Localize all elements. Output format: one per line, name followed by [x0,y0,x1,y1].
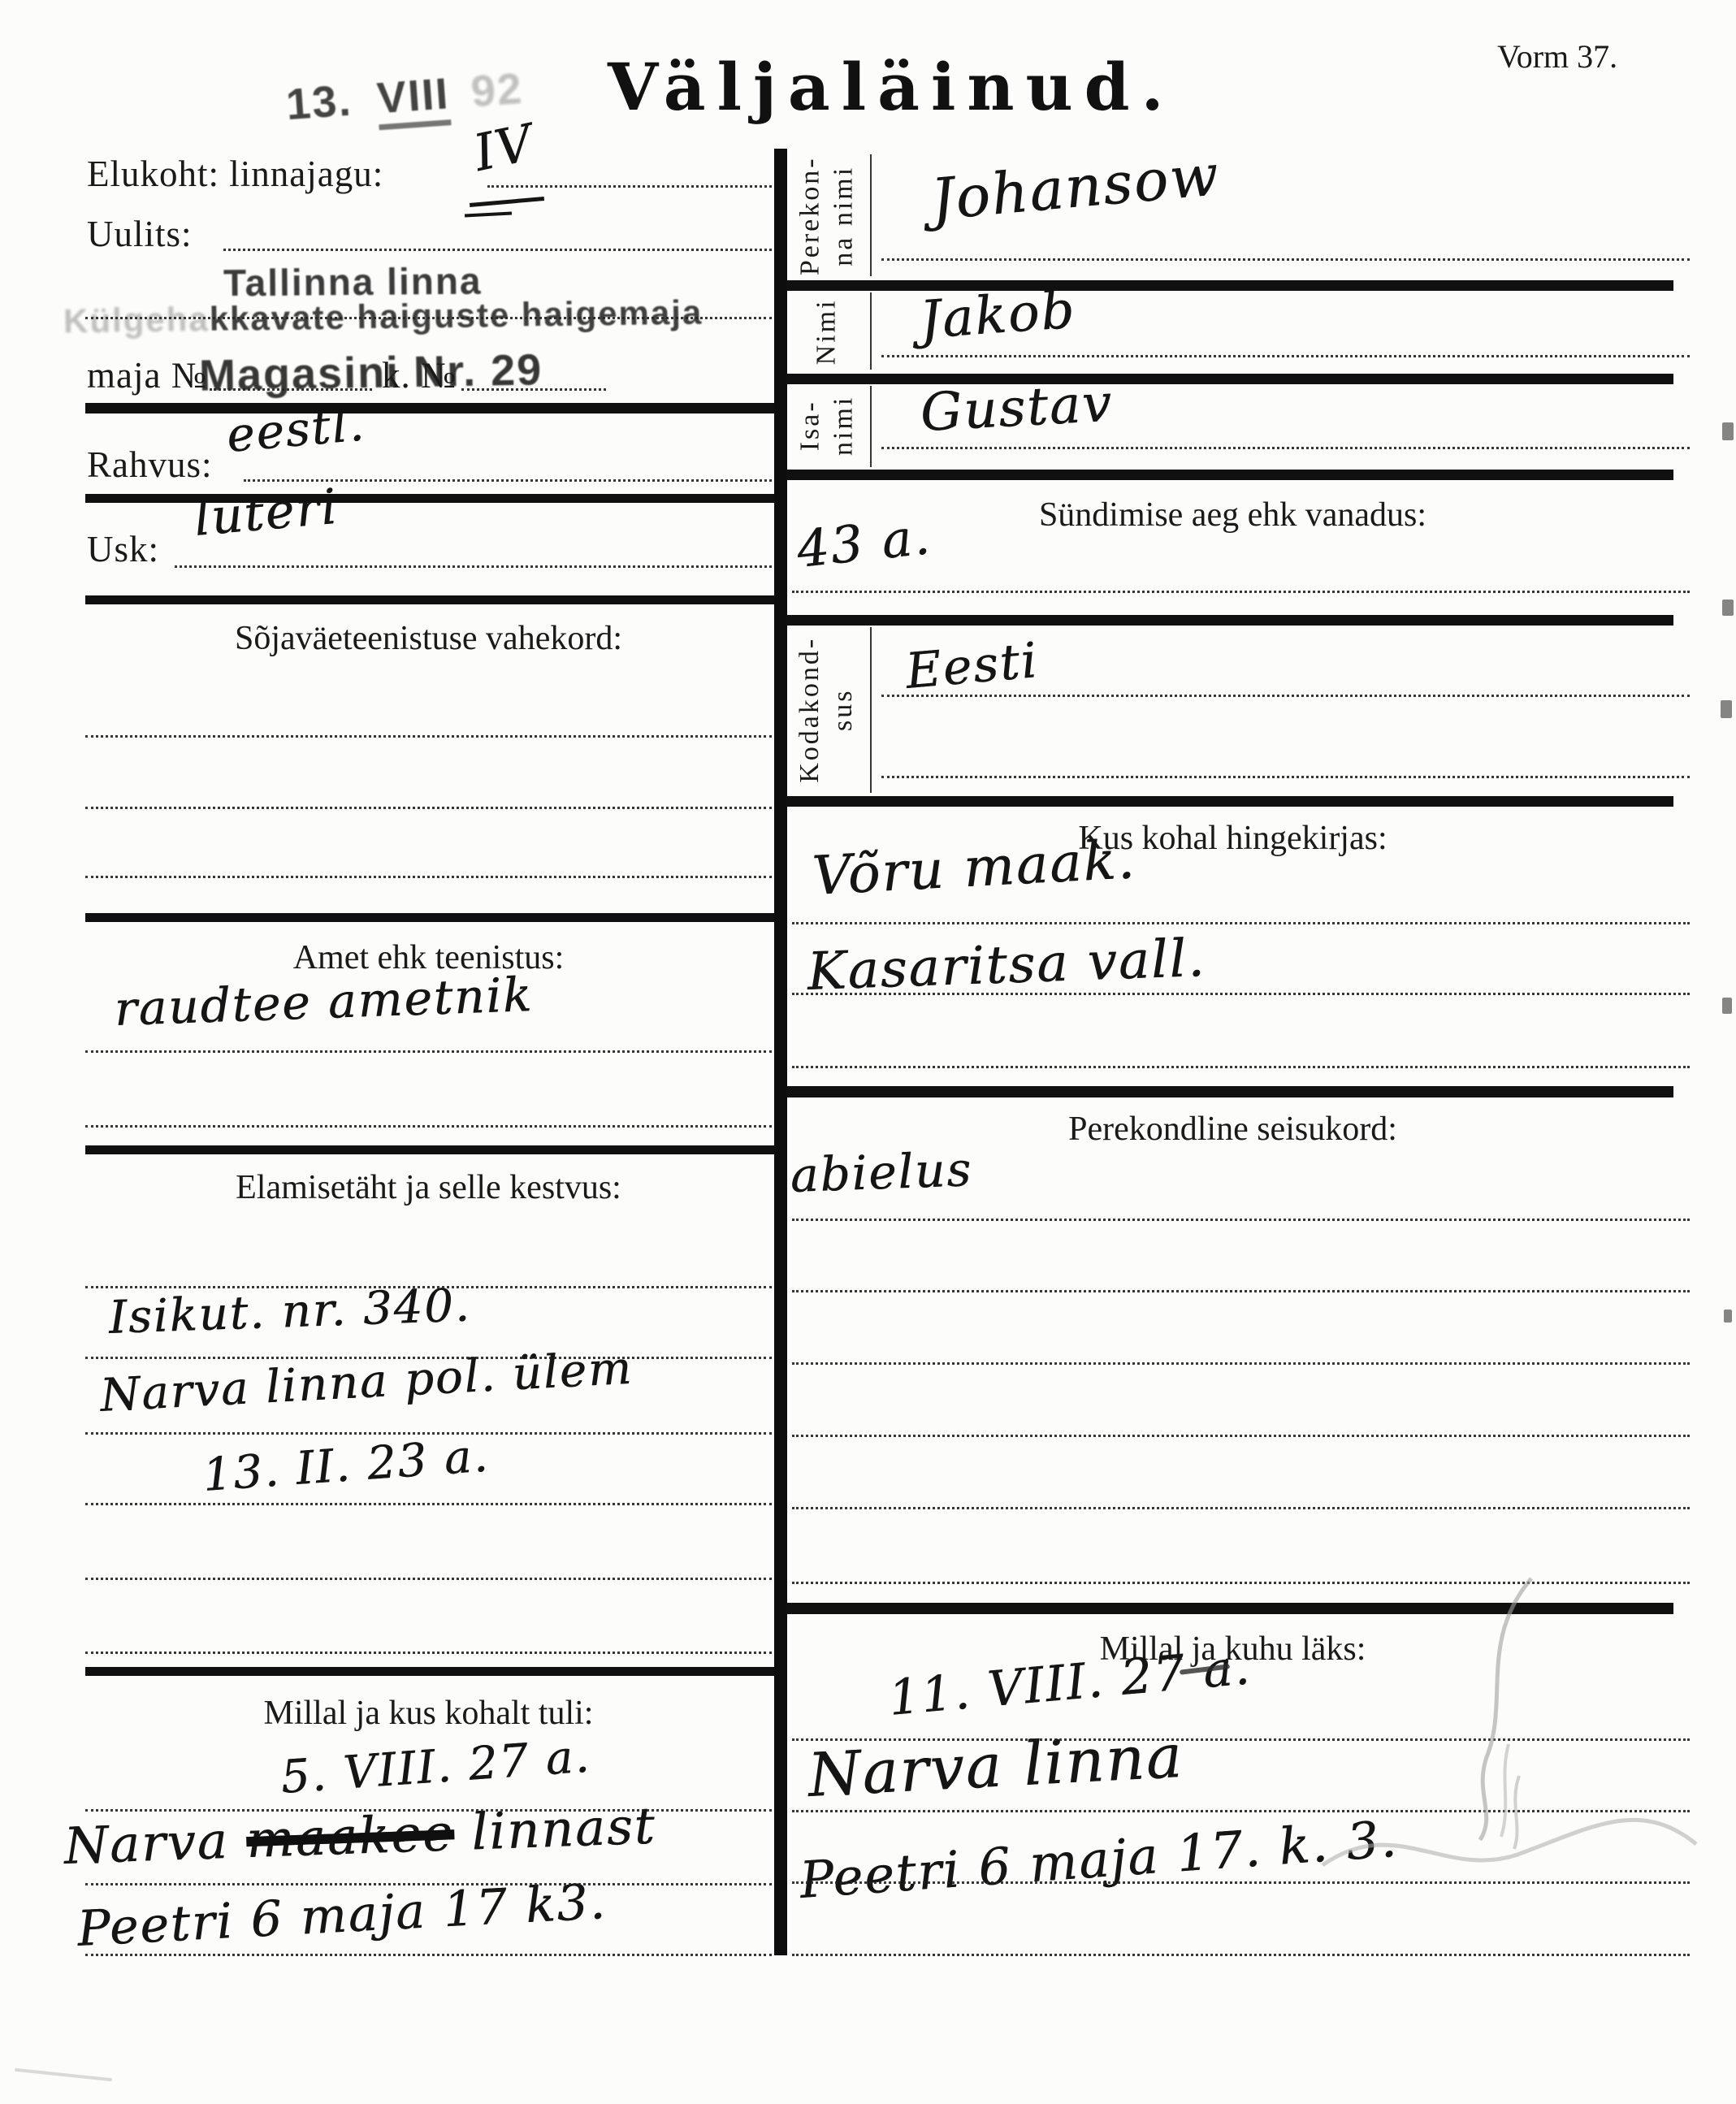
dotted-writing-line [792,1810,1690,1812]
scan-speck [1721,700,1732,718]
section-divider [85,494,780,503]
section-divider [85,595,780,604]
dotted-writing-line [85,1503,772,1505]
dotted-writing-line [792,993,1690,995]
tuli-origin-struck-word: maakee [245,1803,455,1869]
section-divider [85,1667,780,1676]
scan-speck [1722,998,1732,1014]
handwritten-tuli-date: 5. VIII. 27 a. [279,1730,591,1804]
elukoht-label: Elukoht: linnajagu: [87,153,383,195]
tuli-header: Millal ja kus kohalt tuli: [85,1694,772,1733]
dotted-writing-line [85,1954,772,1956]
handwritten-elamisetaht-2: Narva linna pol. ülem [99,1342,634,1422]
dotted-writing-line [85,1357,772,1359]
handwritten-tuli-origin: Narva maakee linnast [63,1796,656,1876]
isanimi-label-line2: nimi [827,396,860,456]
date-stamp-day: 13. [284,76,353,130]
dotted-writing-line [792,1219,1690,1221]
dotted-writing-line [792,1290,1690,1292]
scan-speck [1724,1310,1732,1323]
handwritten-linnajagu: IV [469,112,539,183]
handwritten-kodakondsus: Eesti [903,632,1041,700]
section-divider [85,913,780,922]
label-separator-rule [870,154,872,276]
maja-label: maja № [87,354,207,396]
dotted-writing-line [85,735,772,738]
rahvus-label: Rahvus: [87,444,213,486]
handwritten-laks-city: Narva linna [806,1721,1184,1811]
dotted-writing-line [792,1881,1690,1884]
dotted-writing-line [85,876,772,878]
dotted-writing-line [792,1435,1690,1437]
isanimi-label: Isa- nimi [794,396,860,456]
perekonnanimi-label-line1: Perekon- [794,156,827,275]
date-stamp-tail: 92 [470,64,525,116]
isanimi-label-box: Isa- nimi [786,383,868,468]
dotted-writing-line [85,317,772,319]
column-divider [774,149,787,1955]
perekonnanimi-label-line2: na nimi [827,156,860,275]
kodakondsus-label: Kodakond- sus [794,637,860,783]
dotted-writing-line [487,185,772,188]
scan-speck [1722,600,1734,616]
label-separator-rule [870,386,872,467]
form-number: Vorm 37. [1497,37,1617,76]
uulits-label: Uulits: [87,213,193,255]
handwritten-elamisetaht-1: Isikut. nr. 340. [108,1279,472,1344]
dotted-writing-line [881,695,1690,697]
scan-edge-mark [15,2068,112,2082]
linnajagu-underline-stroke [470,197,544,207]
hospital-stamp-line2-rest: kkavate haiguste haigemaja [209,293,703,338]
linnajagu-underline-stroke2 [465,211,512,217]
section-divider [786,1086,1673,1097]
hospital-stamp-line2-faded: Külgeha [63,300,210,340]
tuli-origin-pre: Narva [63,1811,229,1876]
section-divider [786,796,1673,807]
dotted-writing-line [85,1050,772,1053]
handwritten-usk: luteri [192,478,340,548]
section-divider [786,615,1673,626]
dotted-writing-line [792,1582,1690,1584]
handwritten-tuli-address: Peetri 6 maja 17 k3. [76,1873,608,1958]
dotted-writing-line [461,388,606,391]
handwritten-laks-address: Peetri 6 maja 17. k. 3. [798,1809,1400,1910]
dotted-writing-line [792,1507,1690,1509]
section-divider [85,403,780,413]
section-divider [85,1145,780,1154]
isanimi-label-line1: Isa- [794,396,827,456]
nimi-label: Nimi [811,298,844,365]
section-divider [786,280,1673,291]
dotted-writing-line [881,258,1690,261]
dotted-writing-line [85,807,772,809]
scan-speck [1722,422,1734,440]
dotted-writing-line [792,1954,1690,1956]
handwritten-hingekirjas-2: Kasaritsa vall. [806,929,1206,1002]
kodakondsus-label-box: Kodakond- sus [786,626,868,794]
dotted-writing-line [881,776,1690,778]
dotted-writing-line [792,1066,1690,1068]
dotted-writing-line [85,1432,772,1435]
hospital-stamp-line3: Magasini Nr. 29 [198,344,543,400]
dotted-writing-line [85,1652,772,1654]
date-stamp-month: VIII [375,69,452,130]
dotted-writing-line [85,1883,772,1885]
handwritten-seisukord: abielus [790,1141,973,1203]
dotted-writing-line [881,355,1690,357]
section-divider [786,1603,1673,1614]
tuli-origin-post: linnast [470,1796,657,1862]
form-title: Väljaläinud. [608,49,1175,125]
section-divider [786,470,1673,480]
dotted-writing-line [792,1738,1690,1741]
nimi-label-box: Nimi [786,291,868,372]
kodakondsus-label-line1: Kodakond- [794,637,827,783]
elamisetaht-header: Elamisetäht ja selle kestvus: [85,1168,772,1207]
dotted-writing-line [85,1809,772,1812]
dotted-writing-line [792,922,1690,924]
perekonnanimi-label-box: Perekon- na nimi [786,153,868,279]
kodakondsus-label-line2: sus [827,637,860,783]
usk-label: Usk: [87,528,159,570]
registration-card-page: 13. VIII 92 Väljaläinud. Vorm 37. Elukoh… [0,0,1736,2104]
dotted-writing-line [792,1362,1690,1365]
dotted-writing-line [175,565,772,568]
dotted-writing-line [244,479,772,482]
dotted-writing-line [85,1578,772,1580]
perekonnanimi-label: Perekon- na nimi [794,156,860,275]
handwritten-perekonnanimi: Johansow [929,141,1223,233]
label-separator-rule [870,627,872,793]
section-divider [786,374,1673,384]
dotted-writing-line [85,1286,772,1288]
handwritten-elamisetaht-3: 13. II. 23 a. [201,1430,491,1502]
dotted-writing-line [792,591,1690,593]
label-separator-rule [870,292,872,370]
handwritten-vanadus: 43 a. [794,506,933,579]
sojavae-header: Sõjaväeteenistuse vahekord: [85,619,772,658]
dotted-writing-line [881,447,1690,449]
dotted-writing-line [85,1125,772,1128]
dotted-writing-line [210,388,372,391]
dotted-writing-line [223,249,772,251]
